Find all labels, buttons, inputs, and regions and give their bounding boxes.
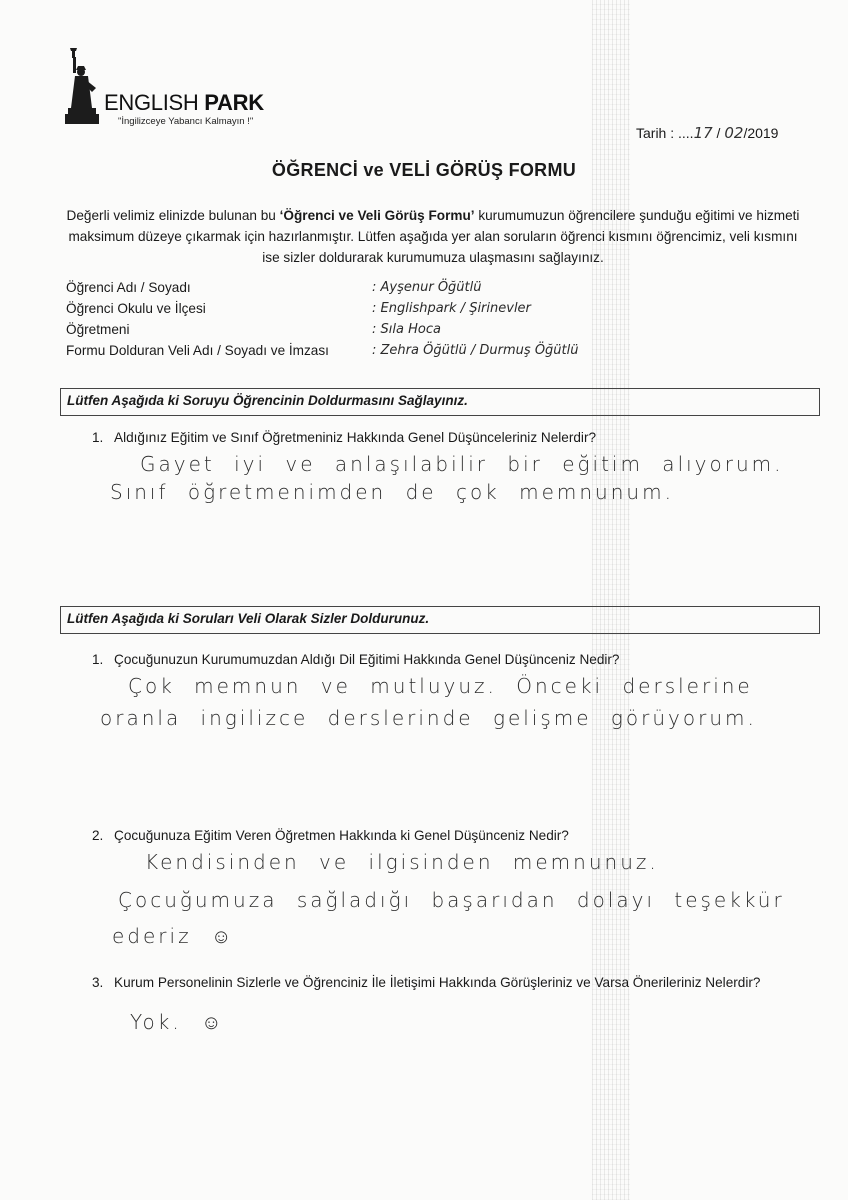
parent-answer-1-line-2: oranla ingilizce derslerinde gelişme gör… — [100, 706, 757, 730]
date-field: Tarih : ....17 / 02/2019 — [636, 124, 778, 142]
brand-light: ENGLISH — [104, 90, 204, 115]
info-row-student-name: Öğrenci Adı / Soyadı : Ayşenur Öğütlü — [66, 280, 766, 301]
info-label: Öğretmeni — [66, 322, 129, 337]
info-value: : Sıla Hoca — [372, 322, 441, 337]
info-label: Öğrenci Okulu ve İlçesi — [66, 301, 206, 316]
info-row-teacher: Öğretmeni : Sıla Hoca — [66, 322, 766, 343]
brand-name: ENGLISH PARK — [104, 90, 264, 116]
info-value: : Englishpark / Şirinevler — [372, 301, 531, 316]
parent-question-2: 2.Çocuğunuza Eğitim Veren Öğretmen Hakkı… — [92, 828, 569, 843]
question-text: Aldığınız Eğitim ve Sınıf Öğretmeniniz H… — [114, 430, 596, 445]
info-value: : Ayşenur Öğütlü — [372, 280, 482, 295]
info-label: Öğrenci Adı / Soyadı — [66, 280, 191, 295]
english-park-logo: ENGLISH PARK "İngilizceye Yabancı Kalmay… — [62, 48, 272, 128]
intro-paragraph: Değerli velimiz elinizde bulunan bu ‘Öğr… — [62, 205, 804, 268]
date-month: 02 — [724, 124, 743, 142]
parent-answer-2-line-1: Kendisinden ve ilgisinden memnunuz. — [145, 850, 659, 874]
parent-answer-2-line-3: ederiz ☺ — [112, 924, 234, 949]
student-section-heading: Lütfen Aşağıda ki Soruyu Öğrencinin Dold… — [60, 388, 820, 416]
date-day: 17 — [694, 124, 713, 142]
info-label: Formu Dolduran Veli Adı / Soyadı ve İmza… — [66, 343, 329, 358]
parent-section-heading: Lütfen Aşağıda ki Soruları Veli Olarak S… — [60, 606, 820, 634]
question-text: Çocuğunuzun Kurumumuzdan Aldığı Dil Eğit… — [114, 652, 620, 667]
question-number: 1. — [92, 652, 114, 667]
student-question-1: 1.Aldığınız Eğitim ve Sınıf Öğretmeniniz… — [92, 430, 596, 445]
student-answer-1-line-2: Sınıf öğretmenimden de çok memnunum. — [110, 480, 674, 504]
date-separator: / — [713, 125, 725, 141]
info-row-parent: Formu Dolduran Veli Adı / Soyadı ve İmza… — [66, 343, 766, 364]
date-label: Tarih : — [636, 125, 678, 141]
form-title: ÖĞRENCİ ve VELİ GÖRÜŞ FORMU — [0, 160, 848, 181]
question-number: 2. — [92, 828, 114, 843]
info-row-school: Öğrenci Okulu ve İlçesi : Englishpark / … — [66, 301, 766, 322]
question-text: Kurum Personelinin Sizlerle ve Öğrencini… — [114, 975, 760, 990]
info-value: : Zehra Öğütlü / Durmuş Öğütlü — [372, 343, 579, 358]
question-text: Çocuğunuza Eğitim Veren Öğretmen Hakkınd… — [114, 828, 569, 843]
parent-answer-3-line-1: Yok. ☺ — [130, 1010, 225, 1035]
intro-text-start: Değerli velimiz elinizde bulunan bu — [67, 208, 280, 223]
student-info: Öğrenci Adı / Soyadı : Ayşenur Öğütlü Öğ… — [66, 280, 766, 364]
date-year: /2019 — [743, 125, 778, 141]
parent-answer-2-line-2: Çocuğumuza sağladığı başarıdan dolayı te… — [118, 888, 785, 912]
question-number: 1. — [92, 430, 114, 445]
intro-form-name: ‘Öğrenci ve Veli Görüş Formu’ — [280, 208, 475, 223]
question-number: 3. — [92, 975, 114, 990]
parent-question-1: 1.Çocuğunuzun Kurumumuzdan Aldığı Dil Eğ… — [92, 652, 620, 667]
brand-slogan: "İngilizceye Yabancı Kalmayın !" — [118, 116, 253, 127]
brand-bold: PARK — [204, 90, 264, 115]
statue-of-liberty-icon — [62, 48, 102, 126]
student-answer-1-line-1: Gayet iyi ve anlaşılabilir bir eğitim al… — [140, 452, 784, 476]
parent-question-3: 3.Kurum Personelinin Sizlerle ve Öğrenci… — [92, 975, 760, 990]
parent-answer-1-line-1: Çok memnun ve mutluyuz. Önceki derslerin… — [128, 674, 753, 698]
